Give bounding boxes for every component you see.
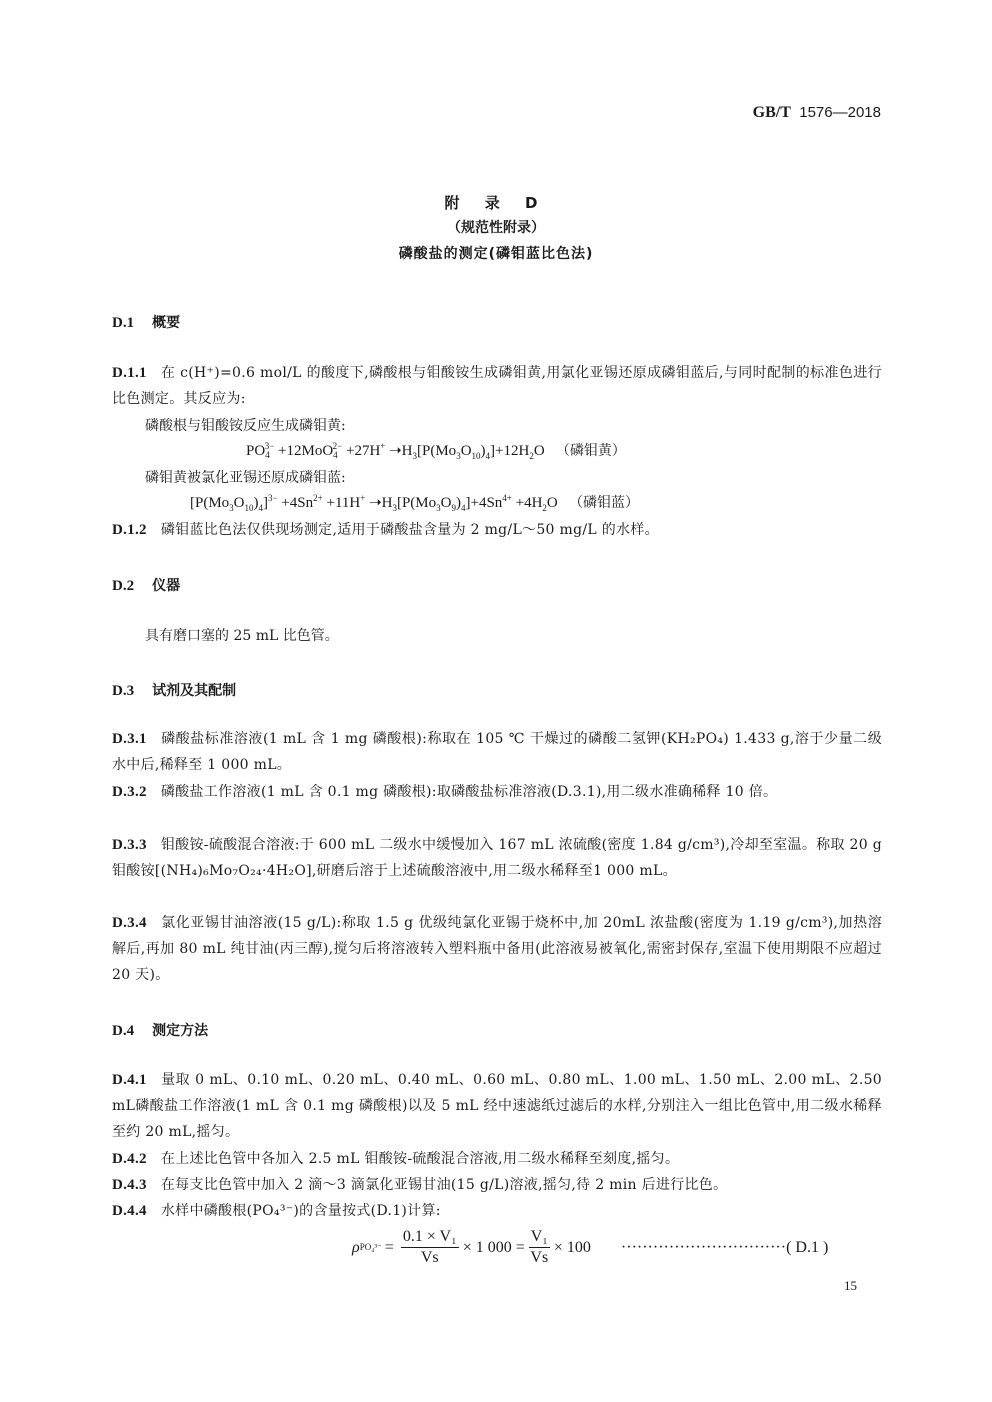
formula-lhs: ρ [352, 1239, 360, 1257]
fraction-2-numerator: V₁ [529, 1228, 550, 1248]
clause-number: D.4.3 [112, 1177, 147, 1193]
clause-d3-4: D.3.4氯化亚锡甘油溶液(15 g/L):称取 1.5 g 优级纯氯化亚锡于烧… [112, 910, 882, 988]
reaction1-equation: PO43− +12MoO42− +27H+ ➝H3[P(Mo3O10)4]+12… [246, 440, 626, 461]
clause-number: D.4.4 [112, 1203, 147, 1219]
section-number: D.1 [112, 315, 134, 331]
reaction2-equation: [P(Mo3O10)4]3− +4Sn2+ +11H+ ➝H3[P(Mo3O9)… [190, 492, 639, 513]
section-title: 测定方法 [152, 1023, 208, 1039]
clause-number: D.1.1 [112, 365, 147, 381]
fraction-1-denominator: Vs [421, 1248, 439, 1267]
appendix-type: （规范性附录） [0, 217, 992, 237]
clause-d3-2: D.3.2磷酸盐工作溶液(1 mL 含 0.1 mg 磷酸根):取磷酸盐标准溶液… [112, 779, 882, 805]
standard-code: 1576—2018 [799, 104, 881, 121]
section-title: 试剂及其配制 [152, 683, 236, 699]
clause-d1-1: D.1.1在 c(H⁺)=0.6 mol/L 的酸度下,磷酸根与钼酸铵生成磷钼黄… [112, 360, 882, 412]
formula-lhs-subscript: PO₄³⁻ [360, 1242, 382, 1253]
formula-tail: × 100 [554, 1239, 591, 1257]
formula-middle: × 1 000 = [463, 1239, 525, 1257]
section-title: 仪器 [152, 578, 180, 594]
clause-d4-3: D.4.3在每支比色管中加入 2 滴～3 滴氯化亚锡甘油(15 g/L)溶液,摇… [112, 1172, 882, 1198]
clause-number: D.1.2 [112, 522, 147, 538]
clause-text: 磷酸盐标准溶液(1 mL 含 1 mg 磷酸根):称取在 105 ℃ 干燥过的磷… [112, 731, 882, 773]
fraction-1-numerator: 0.1 × V₁ [401, 1228, 459, 1248]
page-number: 15 [844, 1278, 857, 1294]
fraction-2-denominator: Vs [530, 1248, 548, 1267]
clause-text: 在 c(H⁺)=0.6 mol/L 的酸度下,磷酸根与钼酸铵生成磷钼黄,用氯化亚… [112, 365, 882, 407]
appendix-title: 附 录 D [0, 192, 992, 213]
clause-number: D.4.2 [112, 1151, 147, 1167]
clause-d3-3: D.3.3钼酸铵-硫酸混合溶液:于 600 mL 二级水中缓慢加入 167 mL… [112, 832, 882, 884]
clause-text: 水样中磷酸根(PO₄³⁻)的含量按式(D.1)计算: [161, 1203, 441, 1219]
clause-text: 在每支比色管中加入 2 滴～3 滴氯化亚锡甘油(15 g/L)溶液,摇匀,待 2… [161, 1177, 728, 1193]
clause-text: 磷钼蓝比色法仅供现场测定,适用于磷酸盐含量为 2 mg/L～50 mg/L 的水… [161, 522, 659, 538]
standard-prefix: GB/T [753, 104, 791, 121]
section-title: 概要 [152, 315, 180, 331]
section-heading-d2: D.2仪器 [112, 575, 180, 595]
section-number: D.4 [112, 1023, 134, 1039]
reaction1-note: （磷钼黄） [556, 443, 626, 459]
formula-d1: ρPO₄³⁻ = 0.1 × V₁ Vs × 1 000 = V₁ Vs × 1… [352, 1228, 828, 1267]
section-heading-d3: D.3试剂及其配制 [112, 680, 236, 700]
clause-number: D.3.4 [112, 915, 147, 931]
clause-d4-2: D.4.2在上述比色管中各加入 2.5 mL 钼酸铵-硫酸混合溶液,用二级水稀释… [112, 1146, 882, 1172]
clause-number: D.3.1 [112, 731, 147, 747]
formula-label: ( D.1 ) [786, 1239, 828, 1257]
clause-number: D.3.3 [112, 837, 147, 853]
clause-text: 磷酸盐工作溶液(1 mL 含 0.1 mg 磷酸根):取磷酸盐标准溶液(D.3.… [161, 784, 778, 800]
clause-number: D.3.2 [112, 784, 147, 800]
instrument-text: 具有磨口塞的 25 mL 比色管。 [145, 625, 339, 645]
reaction2-note: （磷钼蓝） [569, 495, 639, 511]
reaction2-label: 磷钼黄被氯化亚锡还原成磷钼蓝: [145, 467, 346, 487]
fraction-1: 0.1 × V₁ Vs [401, 1228, 459, 1267]
leader-dots: ······························· [621, 1239, 786, 1257]
fraction-2: V₁ Vs [529, 1228, 550, 1267]
clause-d1-2: D.1.2磷钼蓝比色法仅供现场测定,适用于磷酸盐含量为 2 mg/L～50 mg… [112, 517, 882, 543]
section-number: D.3 [112, 683, 134, 699]
clause-d4-1: D.4.1量取 0 mL、0.10 mL、0.20 mL、0.40 mL、0.6… [112, 1067, 882, 1145]
section-number: D.2 [112, 578, 134, 594]
clause-text: 在上述比色管中各加入 2.5 mL 钼酸铵-硫酸混合溶液,用二级水稀释至刻度,摇… [161, 1151, 679, 1167]
clause-number: D.4.1 [112, 1072, 147, 1088]
standard-number: GB/T 1576—2018 [753, 104, 881, 122]
clause-d3-1: D.3.1磷酸盐标准溶液(1 mL 含 1 mg 磷酸根):称取在 105 ℃ … [112, 726, 882, 778]
clause-text: 氯化亚锡甘油溶液(15 g/L):称取 1.5 g 优级纯氯化亚锡于烧杯中,加 … [112, 915, 882, 983]
clause-text: 量取 0 mL、0.10 mL、0.20 mL、0.40 mL、0.60 mL、… [112, 1072, 882, 1140]
reaction1-label: 磷酸根与钼酸铵反应生成磷钼黄: [145, 415, 346, 435]
section-heading-d1: D.1概要 [112, 312, 180, 332]
clause-d4-4: D.4.4水样中磷酸根(PO₄³⁻)的含量按式(D.1)计算: [112, 1198, 882, 1224]
section-heading-d4: D.4测定方法 [112, 1020, 208, 1040]
appendix-subject: 磷酸盐的测定(磷钼蓝比色法) [0, 243, 992, 263]
clause-text: 钼酸铵-硫酸混合溶液:于 600 mL 二级水中缓慢加入 167 mL 浓硫酸(… [112, 837, 882, 879]
